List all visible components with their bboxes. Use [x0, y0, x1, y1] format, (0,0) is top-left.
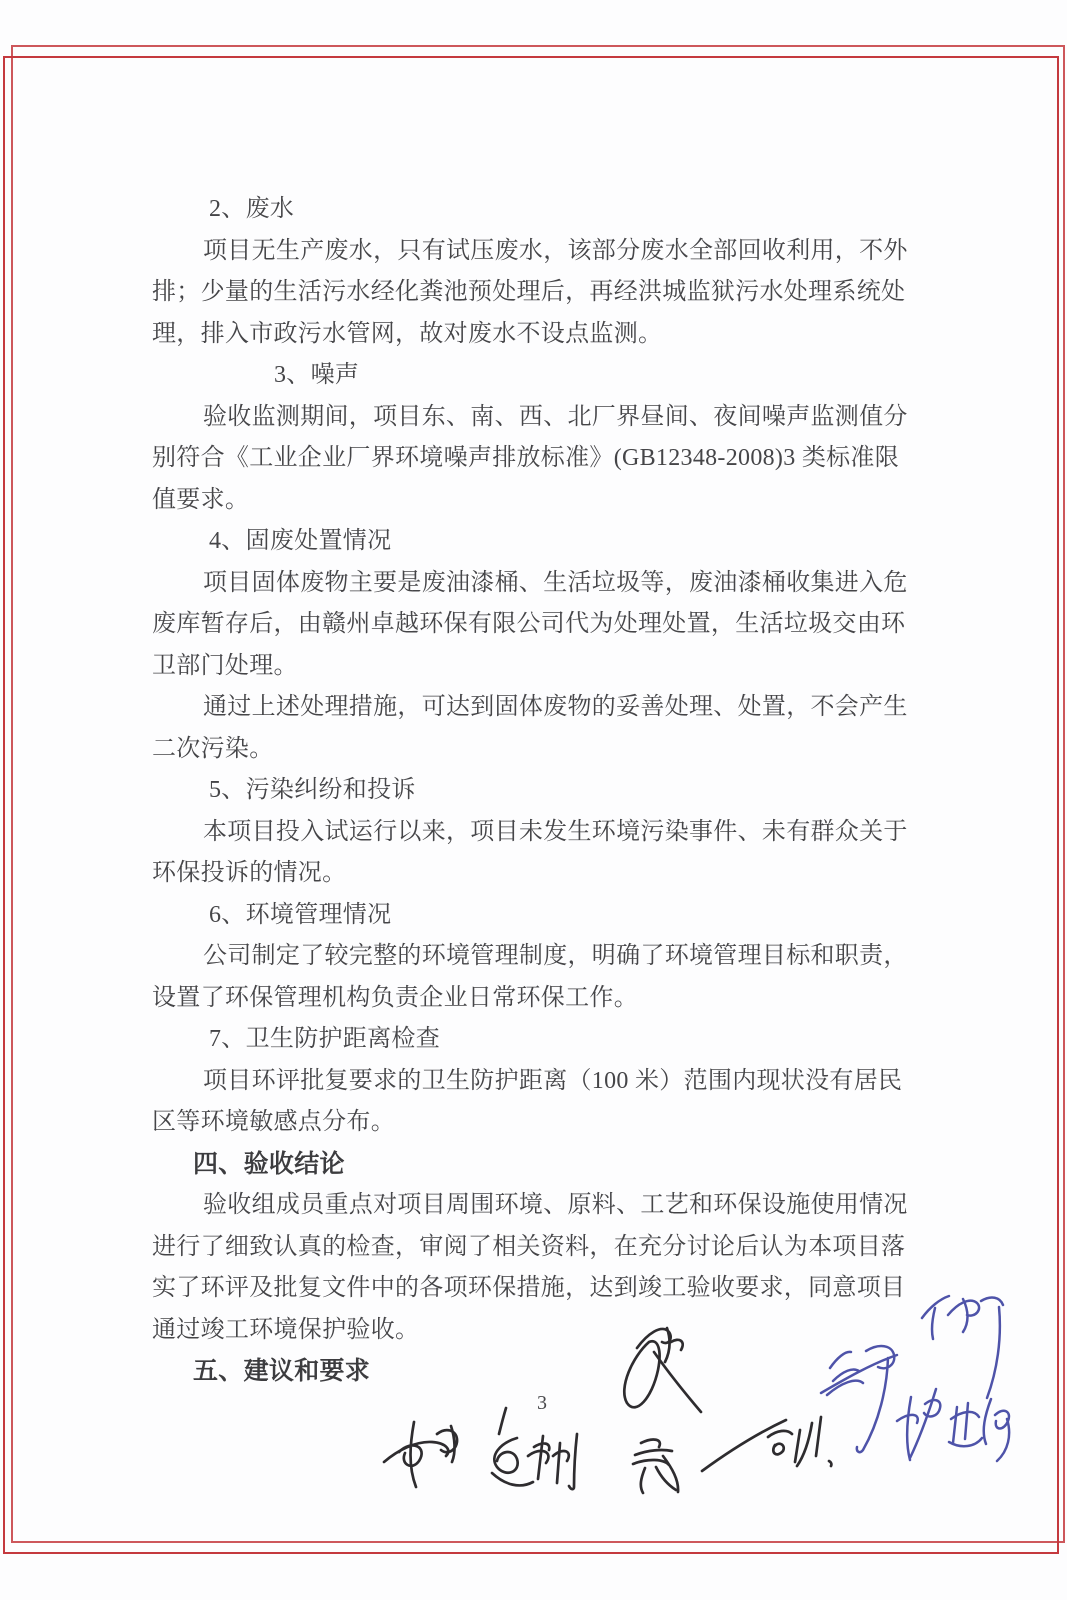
text-line: 实了环评及批复文件中的各项环保措施，达到竣工验收要求，同意项目	[152, 1268, 906, 1310]
text-line: 值要求。	[152, 480, 906, 522]
text-line: 本项目投入试运行以来，项目未发生环境污染事件、未有群众关于	[152, 812, 906, 854]
text-line: 排；少量的生活污水经化粪池预处理后，再经洪城监狱污水处理系统处	[152, 272, 906, 314]
text-line: 别符合《工业企业厂界环境噪声排放标准》(GB12348-2008)3 类标准限	[152, 438, 906, 480]
text-line: 验收监测期间，项目东、南、西、北厂界昼间、夜间噪声监测值分	[152, 397, 906, 439]
text-line: 5、污染纠纷和投诉	[152, 770, 906, 812]
text-line: 4、固废处置情况	[152, 521, 906, 563]
text-line: 通过竣工环境保护验收。	[152, 1310, 906, 1352]
text-line: 卫部门处理。	[152, 646, 906, 688]
text-line: 理，排入市政污水管网，故对废水不设点监测。	[152, 314, 906, 356]
page-number: 3	[522, 1392, 562, 1415]
document-body: 2、废水项目无生产废水，只有试压废水，该部分废水全部回收利用，不外排；少量的生活…	[152, 189, 906, 1393]
scanned-document-page: { "page": { "page_number": "3", "border_…	[0, 0, 1067, 1600]
text-line: 项目环评批复要求的卫生防护距离（100 米）范围内现状没有居民	[152, 1061, 906, 1103]
text-line: 废库暂存后，由赣州卓越环保有限公司代为处理处置，生活垃圾交由环	[152, 604, 906, 646]
text-line: 二次污染。	[152, 729, 906, 771]
text-line: 设置了环保管理机构负责企业日常环保工作。	[152, 978, 906, 1020]
text-line: 6、环境管理情况	[152, 895, 906, 937]
text-line: 项目固体废物主要是废油漆桶、生活垃圾等，废油漆桶收集进入危	[152, 563, 906, 605]
text-line: 公司制定了较完整的环境管理制度，明确了环境管理目标和职责，	[152, 936, 906, 978]
text-line: 通过上述处理措施，可达到固体废物的妥善处理、处置，不会产生	[152, 687, 906, 729]
text-line: 2、废水	[152, 189, 906, 231]
text-line: 7、卫生防护距离检查	[152, 1019, 906, 1061]
text-line: 区等环境敏感点分布。	[152, 1102, 906, 1144]
text-line: 环保投诉的情况。	[152, 853, 906, 895]
text-line: 五、建议和要求	[152, 1351, 906, 1393]
text-line: 项目无生产废水，只有试压废水，该部分废水全部回收利用，不外	[152, 231, 906, 273]
text-line: 进行了细致认真的检查，审阅了相关资料，在充分讨论后认为本项目落	[152, 1227, 906, 1269]
text-line: 验收组成员重点对项目周围环境、原料、工艺和环保设施使用情况	[152, 1185, 906, 1227]
text-line: 3、噪声	[152, 355, 906, 397]
text-line: 四、验收结论	[152, 1144, 906, 1186]
